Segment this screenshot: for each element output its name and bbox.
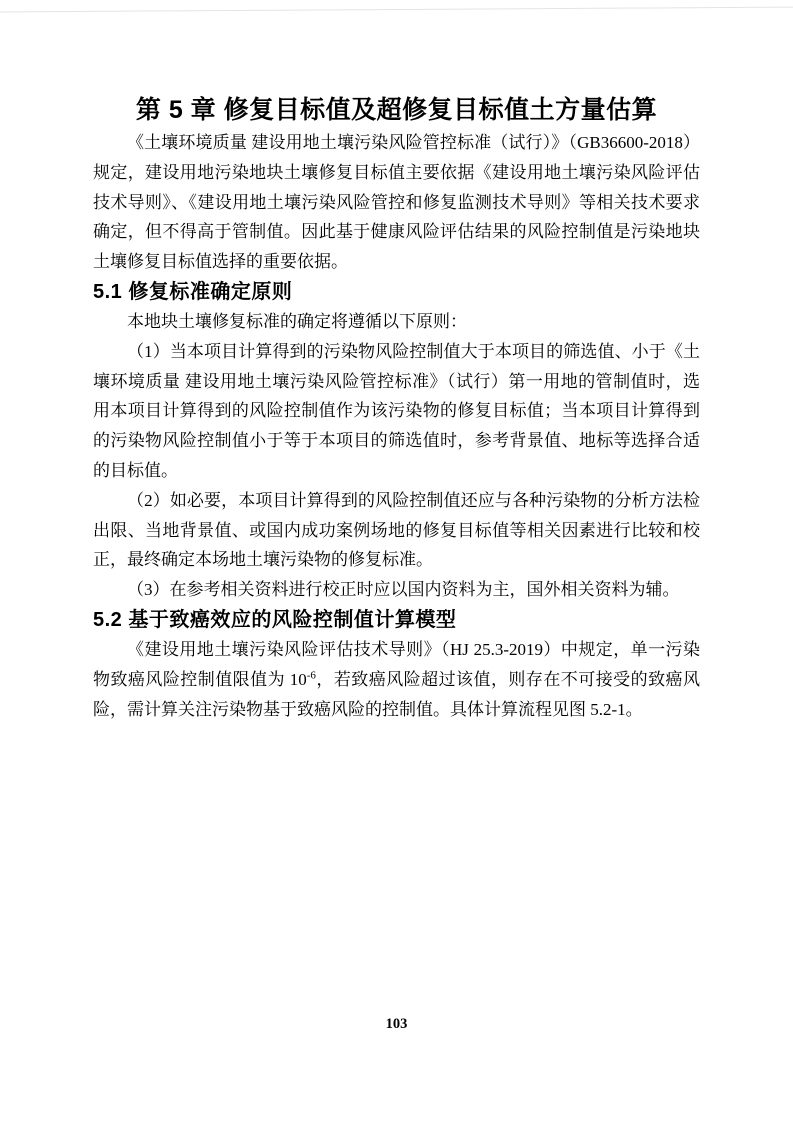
intro-paragraph: 《土壤环境质量 建设用地土壤污染风险管控标准（试行）》（GB36600-2018… <box>93 128 700 277</box>
chapter-title: 第 5 章 修复目标值及超修复目标值土方量估算 <box>93 92 700 128</box>
carcinogenic-risk-paragraph: 《建设用地土壤污染风险评估技术导则》（HJ 25.3-2019）中规定，单一污染… <box>93 635 700 724</box>
superscript-exponent: -6 <box>307 669 316 681</box>
lead-paragraph: 本地块土壤修复标准的确定将遵循以下原则： <box>93 307 700 337</box>
principle-item-3: （3）在参考相关资料进行校正时应以国内资料为主，国外相关资料为辅。 <box>93 575 700 605</box>
scan-edge-line <box>0 6 793 12</box>
section-heading-5-2: 5.2 基于致癌效应的风险控制值计算模型 <box>93 605 700 635</box>
principle-item-2: （2）如必要，本项目计算得到的风险控制值还应与各种污染物的分析方法检出限、当地背… <box>93 486 700 575</box>
principle-item-1: （1）当本项目计算得到的污染物风险控制值大于本项目的筛选值、小于《土壤环境质量 … <box>93 337 700 486</box>
page-content: 第 5 章 修复目标值及超修复目标值土方量估算 《土壤环境质量 建设用地土壤污染… <box>0 92 793 724</box>
document-page: 第 5 章 修复目标值及超修复目标值土方量估算 《土壤环境质量 建设用地土壤污染… <box>0 0 793 1122</box>
page-number: 103 <box>0 1016 793 1033</box>
section-heading-5-1: 5.1 修复标准确定原则 <box>93 277 700 307</box>
